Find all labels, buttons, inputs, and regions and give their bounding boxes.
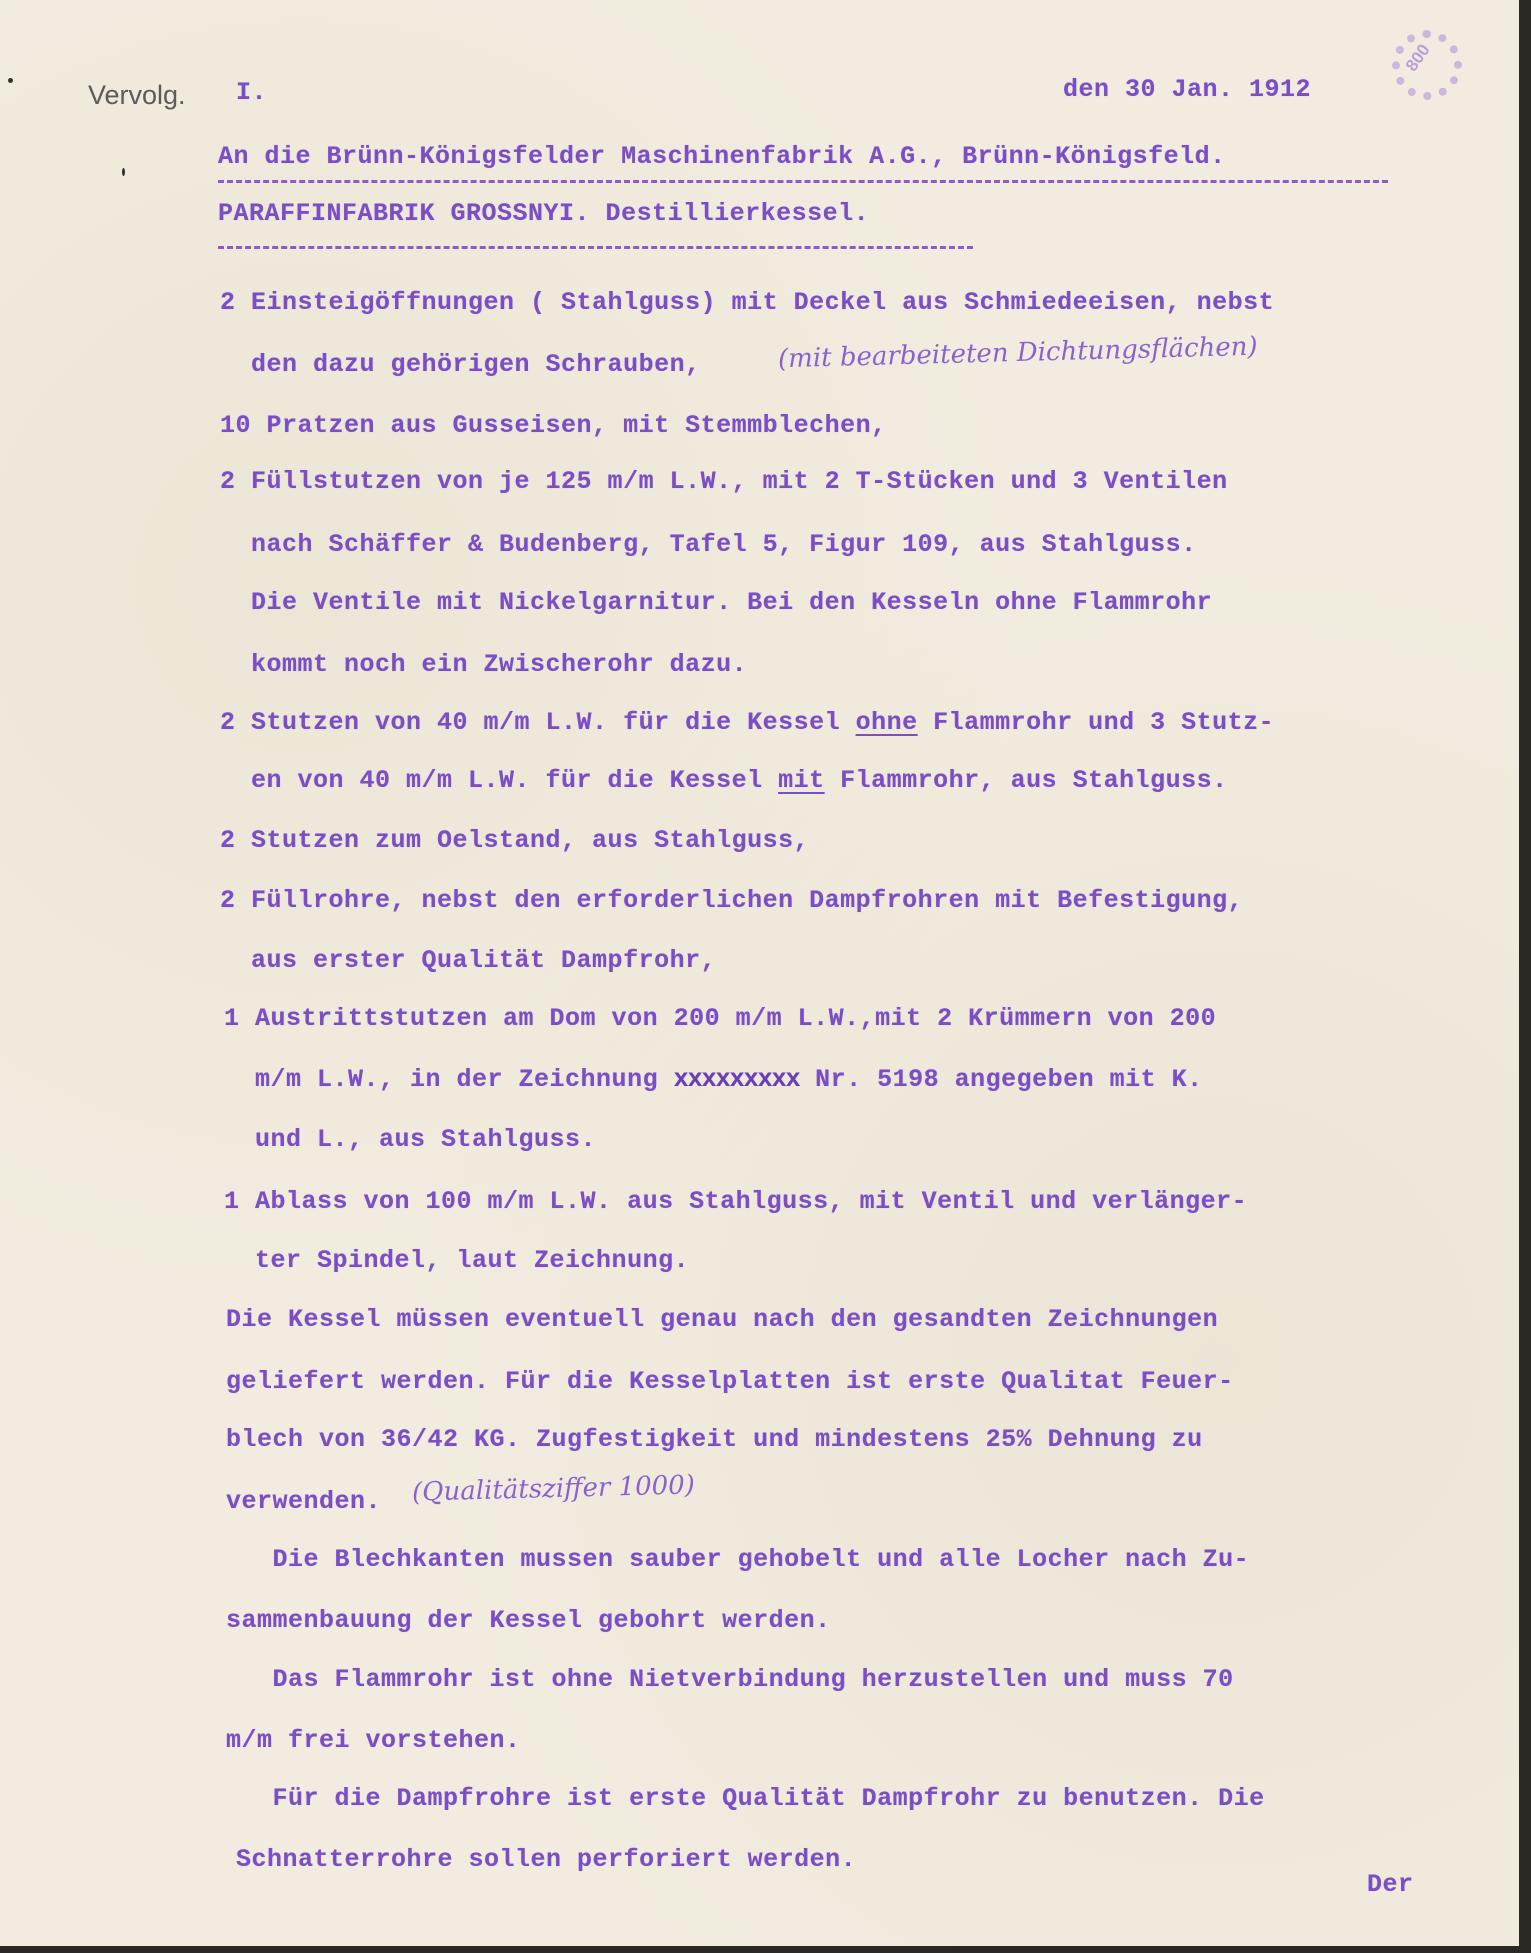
paragraph-line: geliefert werden. Für die Kesselplatten … — [226, 1367, 1234, 1396]
item-line: ter Spindel, laut Zeichnung. — [224, 1246, 689, 1275]
scan-edge-bottom — [0, 1946, 1531, 1953]
paragraph-line: sammenbauung der Kessel gebohrt werden. — [226, 1606, 831, 1635]
item-line: 2 Stutzen zum Oelstand, aus Stahlguss, — [220, 826, 809, 855]
catchword: Der — [1367, 1870, 1414, 1899]
printed-continuation-label: Vervolg. — [88, 80, 186, 111]
paragraph-line: blech von 36/42 KG. Zugfestigkeit und mi… — [226, 1425, 1203, 1454]
item-line: en von 40 m/m L.W. für die Kessel mit Fl… — [220, 766, 1228, 795]
paragraph-line: Das Flammrohr ist ohne Nietverbindung he… — [226, 1665, 1234, 1694]
struck-out-text: xxxxxxxxx — [674, 1065, 800, 1094]
item-line: Die Ventile mit Nickelgarnitur. Bei den … — [220, 588, 1212, 617]
item-line: 1 Austrittstutzen am Dom von 200 m/m L.W… — [224, 1004, 1216, 1033]
paragraph-line: m/m frei vorstehen. — [226, 1726, 521, 1755]
item-line: den dazu gehörigen Schrauben, — [220, 350, 701, 379]
item-line: m/m L.W., in der Zeichnung xxxxxxxxx Nr.… — [224, 1065, 1203, 1094]
item-line: 2 Stutzen von 40 m/m L.W. für die Kessel… — [220, 708, 1274, 737]
addressee-underline — [218, 180, 1388, 183]
item-line: und L., aus Stahlguss. — [224, 1125, 596, 1154]
sheet-number: I. — [236, 78, 267, 107]
subject-underline — [218, 246, 973, 249]
ink-speck — [122, 168, 125, 176]
paragraph-line: Die Blechkanten mussen sauber gehobelt u… — [226, 1545, 1249, 1574]
item-line: nach Schäffer & Budenberg, Tafel 5, Figu… — [220, 530, 1197, 559]
paragraph-line: verwenden. — [226, 1487, 381, 1516]
letter-date: den 30 Jan. 1912 — [1063, 75, 1311, 104]
addressee-line: An die Brünn-Königsfelder Maschinenfabri… — [218, 142, 1226, 171]
item-line: 10 Pratzen aus Gusseisen, mit Stemmblech… — [220, 411, 887, 440]
item-line: 2 Füllstutzen von je 125 m/m L.W., mit 2… — [220, 467, 1228, 496]
paragraph-line: Die Kessel müssen eventuell genau nach d… — [226, 1305, 1218, 1334]
item-line: 2 Einsteigöffnungen ( Stahlguss) mit Dec… — [220, 288, 1274, 317]
paragraph-line: Für die Dampfrohre ist erste Qualität Da… — [226, 1784, 1265, 1813]
subject-line: PARAFFINFABRIK GROSSNYI. Destillierkesse… — [218, 199, 869, 228]
item-line: 2 Füllrohre, nebst den erforderlichen Da… — [220, 886, 1243, 915]
emphasis-underline: ohne — [856, 708, 918, 737]
item-line: kommt noch ein Zwischerohr dazu. — [220, 650, 747, 679]
item-line: 1 Ablass von 100 m/m L.W. aus Stahlguss,… — [224, 1187, 1247, 1216]
ink-speck — [8, 78, 13, 83]
paragraph-line: Schnatterrohre sollen perforiert werden. — [236, 1845, 856, 1874]
scan-edge-right — [1519, 0, 1531, 1953]
emphasis-underline: mit — [778, 766, 825, 795]
item-line: aus erster Qualität Dampfrohr, — [220, 946, 716, 975]
